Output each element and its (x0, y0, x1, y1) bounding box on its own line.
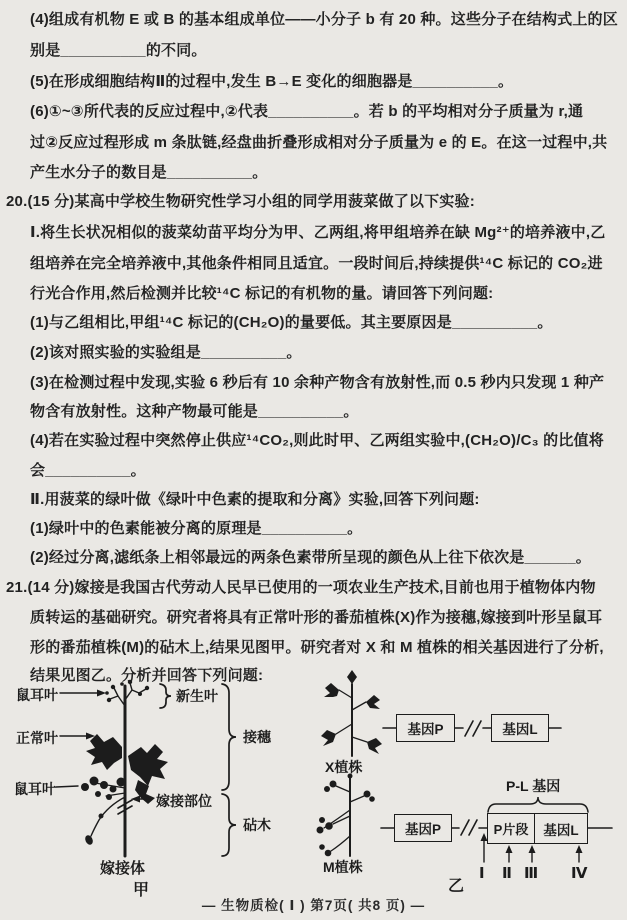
yi-x-plant-sketch (321, 670, 382, 756)
marker-label-1: Ⅰ (479, 864, 485, 882)
text-line: 质转运的基础研究。研究者将具有正常叶形的番茄植株(X)作为接穗,嫁接到叶形呈鼠耳 (30, 606, 602, 627)
label-mouse-ear-leaf-bottom: 鼠耳叶 (14, 779, 56, 799)
text-line: (4)若在实验过程中突然停止供应¹⁴CO₂,则此时甲、乙两组实验中,(CH₂O)… (30, 429, 604, 450)
text-line: (1)与乙组相比,甲组¹⁴C 标记的(CH₂O)的量要低。其主要原因是_____… (30, 311, 553, 332)
text-line: 别是__________的不同。 (30, 39, 207, 60)
text-line: 行光合作用,然后检测并比较¹⁴C 标记的有机物的量。请回答下列问题: (30, 282, 493, 303)
marker-label-4: Ⅳ (571, 864, 587, 882)
text-line: 过②反应过程形成 m 条肽链,经盘曲折叠形成相对分子质量为 e 的 E。在这一过… (30, 131, 607, 152)
jia-mouse-ear-cluster-sketch (81, 777, 126, 847)
label-graft-site: 嫁接部位 (156, 791, 212, 811)
text-line: 形的番茄植株(M)的砧木上,结果见图甲。研究者对 X 和 M 植株的相关基因进行… (30, 636, 604, 657)
marker-label-2: Ⅱ (502, 864, 512, 882)
text-line: (4)组成有机物 E 或 B 的基本组成单位——小分子 b 有 20 种。这些分… (30, 8, 618, 29)
label-scion: 接穗 (243, 727, 271, 747)
yi-m-plant-sketch (317, 774, 375, 857)
label-pl-gene: P-L 基因 (506, 776, 560, 796)
gene-l-box-x: 基因L (491, 714, 549, 742)
pl-gene-box-m: P片段 基因L (487, 813, 588, 844)
jia-callout-arrows (56, 690, 152, 803)
text-line: (2)经过分离,滤纸条上相邻最远的两条色素带所呈现的颜色从上往下依次是_____… (30, 546, 591, 567)
text-line: Ⅰ.将生长状况相似的菠菜幼苗平均分为甲、乙两组,将甲组培养在缺 Mg²⁺的培养液… (30, 221, 605, 242)
text-line: Ⅱ.用菠菜的绿叶做《绿叶中色素的提取和分离》实验,回答下列问题: (30, 488, 480, 509)
marker-label-3: Ⅲ (524, 864, 538, 882)
text-line: 20.(15 分)某高中学校生物研究性学习小组的同学用菠菜做了以下实验: (6, 190, 475, 211)
text-line: 组培养在完全培养液中,其他条件相同且适宜。一段时间后,持续提供¹⁴C 标记的 C… (30, 252, 603, 273)
text-line: 物含有放射性。这种产物最可能是__________。 (30, 400, 359, 421)
text-line: (1)绿叶中的色素能被分离的原理是__________。 (30, 517, 362, 538)
text-line: (5)在形成细胞结构Ⅱ的过程中,发生 B→E 变化的细胞器是__________… (30, 70, 513, 91)
text-line: (2)该对照实验的实验组是__________。 (30, 341, 302, 362)
text-line: 结果见图乙。分析并回答下列问题: (30, 664, 263, 685)
text-line: (3)在检测过程中发现,实验 6 秒后有 10 余种产物含有放射性,而 0.5 … (30, 371, 604, 392)
text-line: 产生水分子的数目是__________。 (30, 161, 267, 182)
jia-stem-sketch (118, 686, 132, 856)
jia-braces (160, 684, 236, 856)
text-line: 21.(14 分)嫁接是我国古代劳动人民早已使用的一项农业生产技术,目前也用于植… (6, 576, 596, 597)
label-normal-leaf: 正常叶 (16, 728, 58, 748)
text-line: 会__________。 (30, 459, 146, 480)
label-m-plant: M植株 (323, 857, 363, 877)
p-fragment-cell: P片段 (488, 814, 535, 843)
label-rootstock: 砧木 (243, 815, 271, 835)
label-x-plant: X植株 (325, 757, 362, 777)
label-graft-body: 嫁接体 (100, 857, 145, 878)
text-line: (6)①~③所代表的反应过程中,②代表__________。若 b 的平均相对分… (30, 100, 583, 121)
gene-p-box-x: 基因P (396, 714, 455, 742)
label-new-leaf: 新生叶 (176, 686, 218, 706)
label-mouse-ear-leaf-top: 鼠耳叶 (16, 685, 58, 705)
exam-page: (4)组成有机物 E 或 B 的基本组成单位——小分子 b 有 20 种。这些分… (0, 0, 627, 920)
page-footer: — 生物质检( Ⅰ ) 第7页( 共8 页) — (0, 894, 627, 914)
gene-p-box-m: 基因P (394, 814, 452, 842)
caption-figure-yi: 乙 (448, 873, 464, 896)
gene-l-cell: 基因L (535, 814, 587, 843)
